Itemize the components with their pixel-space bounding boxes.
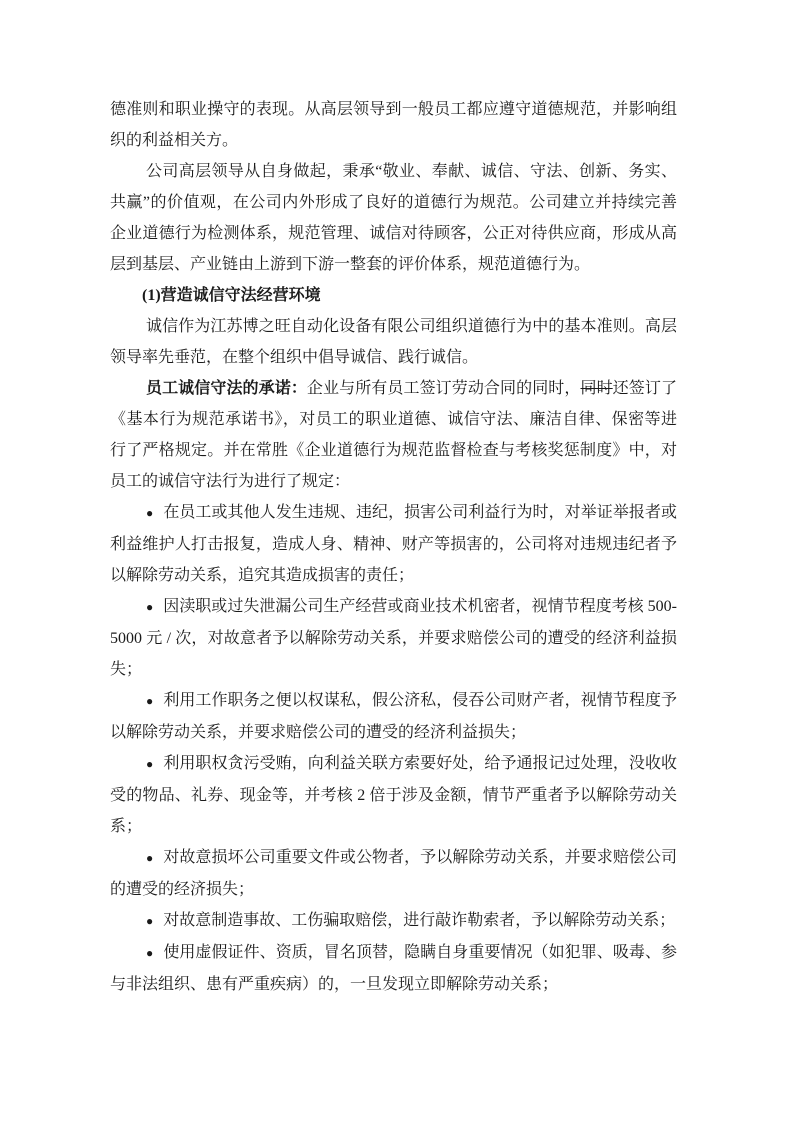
document-page: 德准则和职业操守的表现。从高层领导到一般员工都应遵守道德规范，并影响组织的利益相…: [0, 0, 794, 1123]
bullet-text: 利用工作职务之便以权谋私，假公济私，侵吞公司财产者，视情节程度予以解除劳动关系，…: [110, 692, 677, 741]
bullet-text: 利用职权贪污受贿，向利益关联方索要好处，给予通报记过处理，没收收受的物品、礼券、…: [110, 755, 677, 835]
paragraph-intro-continuation: 德准则和职业操守的表现。从高层领导到一般员工都应遵守道德规范，并影响组织的利益相…: [110, 94, 677, 156]
bullet-icon: ●: [146, 694, 163, 708]
bullet-item-bribery: ●利用职权贪污受贿，向利益关联方索要好处，给予通报记过处理，没收收受的物品、礼券…: [110, 748, 677, 842]
paragraph-integrity-principle: 诚信作为江苏博之旺自动化设备有限公司组织道德行为中的基本准则。高层领导率先垂范，…: [110, 311, 677, 373]
commitment-text-before-strike: 企业与所有员工签订劳动合同的同时，: [307, 380, 581, 397]
bullet-icon: ●: [146, 600, 163, 614]
bullet-text: 对故意制造事故、工伤骗取赔偿，进行敲诈勒索者，予以解除劳动关系；: [163, 912, 675, 929]
bullet-text: 对故意损坏公司重要文件或公物者，予以解除劳动关系，并要求赔偿公司的遭受的经济损失…: [110, 849, 677, 898]
commitment-lead-bold: 员工诚信守法的承诺：: [146, 380, 307, 397]
bullet-item-retaliation: ●在员工或其他人发生违规、违纪，损害公司利益行为时，对举证举报者或利益维护人打击…: [110, 497, 677, 591]
bullet-text: 使用虚假证件、资质，冒名顶替，隐瞒自身重要情况（如犯罪、吸毒、参与非法组织、患有…: [110, 944, 677, 993]
paragraph-leadership-values: 公司高层领导从自身做起，秉承“敬业、奉献、诚信、守法、创新、务实、共赢”的价值观…: [110, 156, 677, 280]
bullet-item-damage-property: ●对故意损坏公司重要文件或公物者，予以解除劳动关系，并要求赔偿公司的遭受的经济损…: [110, 842, 677, 905]
section-heading-integrity-environment: (1)营造诚信守法经营环境: [110, 280, 677, 311]
bullet-text: 在员工或其他人发生违规、违纪，损害公司利益行为时，对举证举报者或利益维护人打击报…: [110, 504, 677, 584]
paragraph-employee-commitment: 员工诚信守法的承诺：企业与所有员工签订劳动合同的同时，同时还签订了《基本行为规范…: [110, 373, 677, 497]
bullet-item-secret-leak: ●因渎职或过失泄漏公司生产经营或商业技术机密者，视情节程度考核 500-5000…: [110, 591, 677, 685]
bullet-icon: ●: [146, 757, 163, 771]
bullet-icon: ●: [146, 506, 163, 520]
strikethrough-text: 同时: [580, 380, 612, 397]
bullet-text: 因渎职或过失泄漏公司生产经营或商业技术机密者，视情节程度考核 500-5000 …: [110, 598, 677, 678]
bullet-icon: ●: [146, 946, 163, 960]
bullet-item-fake-credentials: ●使用虚假证件、资质，冒名顶替，隐瞒自身重要情况（如犯罪、吸毒、参与非法组织、患…: [110, 937, 677, 1000]
bullet-icon: ●: [146, 851, 163, 865]
bullet-item-abuse-position: ●利用工作职务之便以权谋私，假公济私，侵吞公司财产者，视情节程度予以解除劳动关系…: [110, 685, 677, 748]
bullet-item-fraud-extortion: ●对故意制造事故、工伤骗取赔偿，进行敲诈勒索者，予以解除劳动关系；: [110, 905, 677, 937]
bullet-icon: ●: [146, 914, 163, 928]
